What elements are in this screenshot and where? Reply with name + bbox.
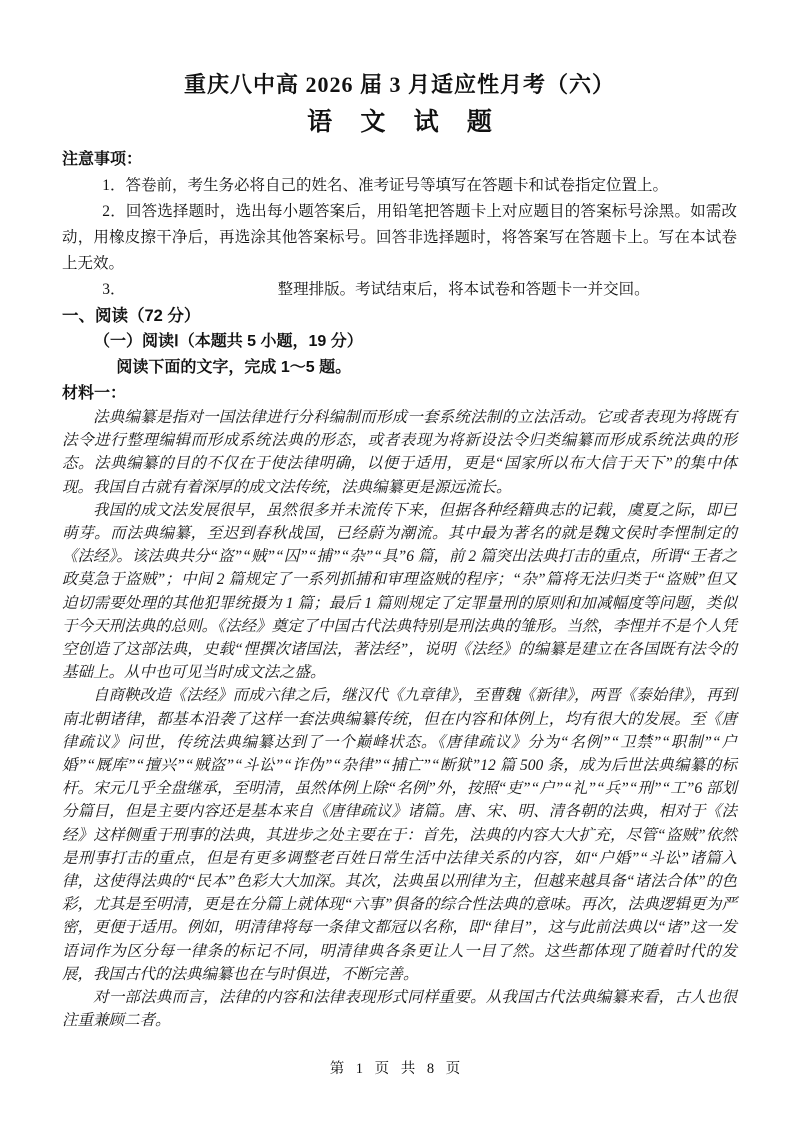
exam-title: 重庆八中高 2026 届 3 月适应性月考（六） <box>62 70 737 100</box>
notices-label: 注意事项： <box>62 147 737 173</box>
notice-item-3-number: 3． <box>102 281 125 298</box>
material1-paragraph-1: 法典编纂是指对一国法律进行分科编制而形成一套系统法制的立法活动。它或者表现为将既… <box>62 406 737 499</box>
redacted-blank-gap <box>126 293 278 294</box>
subsection-reading1-heading: （一）阅读Ⅰ（本题共 5 小题，19 分） <box>62 329 737 355</box>
notice-item-3-text: 整理排版。考试结束后，将本试卷和答题卡一并交回。 <box>278 281 650 298</box>
material-one-body: 法典编纂是指对一国法律进行分科编制而形成一套系统法制的立法活动。它或者表现为将既… <box>62 406 737 1032</box>
material1-paragraph-3: 自商鞅改造《法经》而成六律之后，继汉代《九章律》，至曹魏《新律》，两晋《泰始律》… <box>62 684 737 986</box>
material1-paragraph-2: 我国的成文法发展很早，虽然很多并未流传下来，但据各种经籍典志的记载，虞夏之际，即… <box>62 499 737 685</box>
notice-item-3: 3．整理排版。考试结束后，将本试卷和答题卡一并交回。 <box>62 277 737 303</box>
material-one-label: 材料一： <box>62 381 737 406</box>
reading-section-headings: 一、阅读（72 分） （一）阅读Ⅰ（本题共 5 小题，19 分） 阅读下面的文字… <box>62 303 737 406</box>
reading-instruction: 阅读下面的文字，完成 1～5 题。 <box>62 355 737 381</box>
material1-paragraph-4: 对一部法典而言，法律的内容和法律表现形式同样重要。从我国古代法典编纂来看，古人也… <box>62 986 737 1032</box>
subject-title: 语 文 试 题 <box>62 105 737 141</box>
part-one-heading: 一、阅读（72 分） <box>62 303 737 329</box>
notice-item-2: 2．回答选择题时，选出每小题答案后，用铅笔把答题卡上对应题目的答案标号涂黑。如需… <box>62 199 737 277</box>
exam-paper-page: 重庆八中高 2026 届 3 月适应性月考（六） 语 文 试 题 注意事项： 1… <box>0 0 794 1122</box>
notice-item-1: 1．答卷前，考生务必将自己的姓名、准考证号等填写在答题卡和试卷指定位置上。 <box>62 173 737 199</box>
page-header: 重庆八中高 2026 届 3 月适应性月考（六） 语 文 试 题 <box>62 70 737 141</box>
notices-section: 注意事项： 1．答卷前，考生务必将自己的姓名、准考证号等填写在答题卡和试卷指定位… <box>62 147 737 303</box>
page-number-indicator: 第 1 页 共 8 页 <box>0 1057 794 1078</box>
